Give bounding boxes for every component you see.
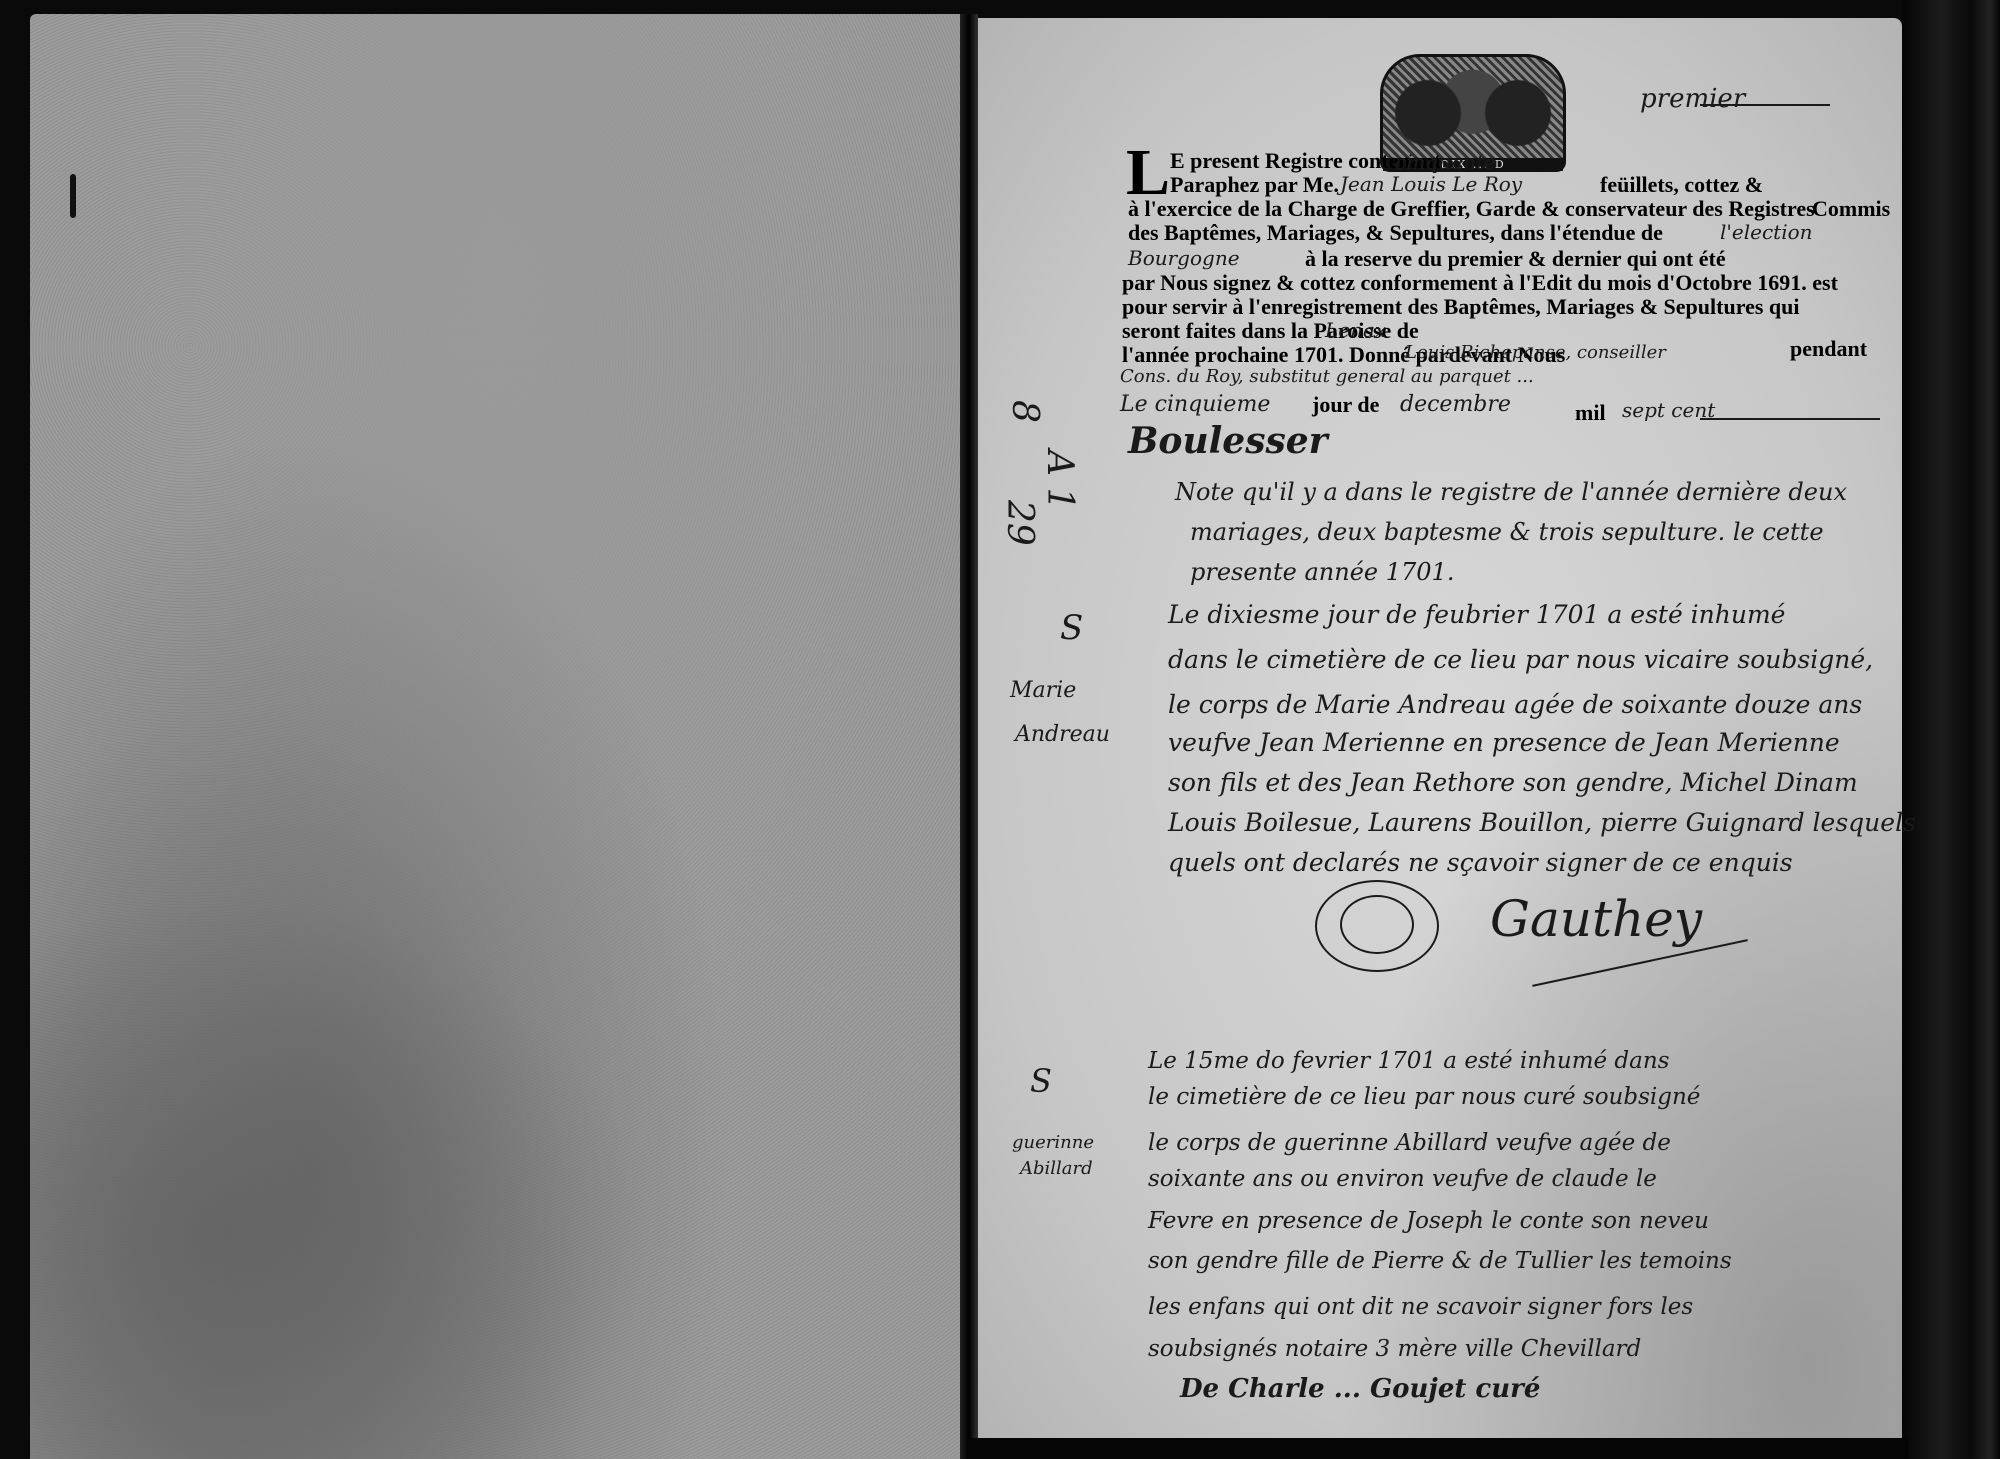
- note-line-1: Note qu'il y a dans le registre de l'ann…: [1175, 478, 1847, 506]
- form-feuillets: feüillets, cottez &: [1600, 172, 1763, 198]
- entry-2-line-5: Fevre en presence de Joseph le conte son…: [1148, 1208, 1709, 1234]
- entry-2-margin-surname: Abillard: [1020, 1158, 1093, 1179]
- form-line-7: pour servir à l'enregistrement des Baptê…: [1122, 294, 1799, 320]
- book-gutter: [960, 14, 978, 1459]
- entry-1-margin-name: Marie: [1010, 678, 1076, 703]
- folio-rule: [1700, 104, 1830, 106]
- entry-2-line-6: son gendre fille de Pierre & de Tullier …: [1148, 1248, 1732, 1274]
- note-line-2: mariages, deux baptesme & trois sepultur…: [1190, 518, 1824, 546]
- entry-1-line-2: dans le cimetière de ce lieu par nous vi…: [1168, 645, 1873, 674]
- fill-day: Le cinquieme: [1120, 392, 1270, 417]
- form-line-5: à la reserve du premier & dernier qui on…: [1305, 246, 1726, 272]
- left-page-blank: [30, 14, 968, 1459]
- entry-1-line-6: Louis Boilesue, Laurens Bouillon, pierre…: [1168, 808, 1916, 837]
- form-line-3: à l'exercice de la Charge de Greffier, G…: [1128, 196, 1815, 222]
- entry-1-line-3: le corps de Marie Andreau agée de soixan…: [1168, 690, 1862, 719]
- entry-2-line-8: soubsignés notaire 3 mère ville Chevilla…: [1148, 1336, 1641, 1362]
- note-line-3: presente année 1701.: [1190, 558, 1454, 586]
- folio-note: premier: [1640, 84, 1745, 114]
- form-line-2: Paraphez par Me.: [1170, 172, 1339, 198]
- entry-1-margin-surname: Andreau: [1015, 722, 1110, 747]
- fill-parish: Lenax: [1325, 318, 1386, 342]
- form-commis: Commis: [1812, 196, 1890, 222]
- fill-month: decembre: [1400, 392, 1511, 417]
- entry-1-line-1: Le dixiesme jour de feubrier 1701 a esté…: [1168, 600, 1785, 629]
- form-mil: mil: [1575, 400, 1606, 426]
- fill-jurisdiction: l'election: [1720, 220, 1813, 244]
- fill-count: cinquante: [1395, 150, 1496, 174]
- entry-1-line-5: son fils et des Jean Rethore son gendre,…: [1168, 768, 1858, 797]
- entry-2-line-3: le corps de guerinne Abillard veufve agé…: [1148, 1130, 1671, 1156]
- entry-2-signatures: De Charle ... Goujet curé: [1180, 1374, 1540, 1404]
- form-line-6: par Nous signez & cottez conformement à …: [1122, 270, 1838, 296]
- form-pendant: pendant: [1790, 336, 1867, 362]
- form-jour-de: jour de: [1312, 392, 1379, 418]
- margin-mark-29: 29: [999, 500, 1040, 546]
- fill-line4: Bourgogne: [1128, 246, 1240, 270]
- book-binding-edge: [1902, 0, 2000, 1459]
- entry-2-margin-name: guerinne: [1012, 1132, 1094, 1153]
- register-spread: DIX ... D premier L E present Registre c…: [0, 0, 2000, 1459]
- signature-boulesser: Boulesser: [1128, 420, 1328, 462]
- entry-1-line-7: quels ont declarés ne sçavoir signer de …: [1168, 848, 1793, 877]
- entry-2-line-1: Le 15me do fevrier 1701 a esté inhumé da…: [1148, 1048, 1670, 1074]
- entry-2-line-4: soixante ans ou environ veufve de claude…: [1148, 1166, 1657, 1192]
- drop-cap: L: [1126, 143, 1170, 203]
- entry-1-margin-s: S: [1060, 608, 1083, 648]
- form-line-4: des Baptêmes, Mariages, & Sepultures, da…: [1128, 220, 1663, 246]
- margin-mark-a1: A 1: [1039, 450, 1080, 510]
- entry-2-margin-s: S: [1030, 1062, 1052, 1100]
- signature-gauthey: Gauthey: [1490, 890, 1702, 948]
- fill-official: Louis Richepanse, conseiller: [1405, 342, 1666, 363]
- fill-greffier-name: Jean Louis Le Roy: [1340, 172, 1522, 196]
- ink-mark: [70, 174, 76, 218]
- water-stain: [30, 899, 650, 1459]
- page-bottom-shadow: [968, 1438, 1908, 1459]
- form-rule: [1700, 418, 1880, 420]
- entry-2-line-2: le cimetière de ce lieu par nous curé so…: [1148, 1084, 1700, 1110]
- entry-1-line-4: veufve Jean Merienne en presence de Jean…: [1168, 728, 1840, 757]
- signature-flourish-inner: [1340, 895, 1414, 954]
- entry-2-line-7: les enfans qui ont dit ne scavoir signer…: [1148, 1294, 1693, 1320]
- fill-official-line2: Cons. du Roy, substitut general au parqu…: [1120, 366, 1534, 387]
- margin-mark-8: 8: [1004, 400, 1045, 423]
